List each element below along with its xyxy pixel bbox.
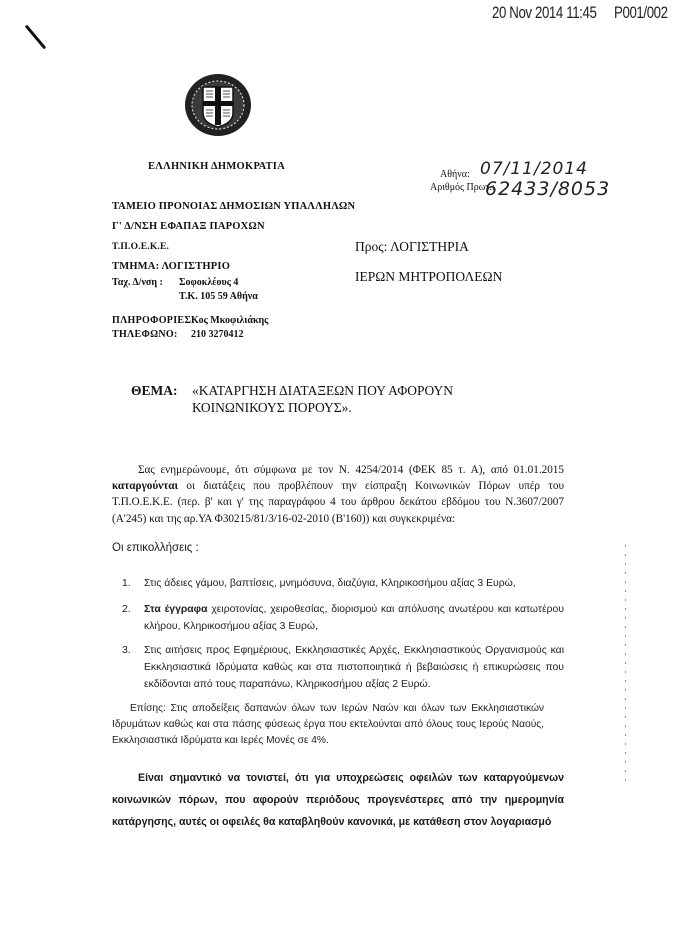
list-item: 1. Στις άδειες γάμου, βαπτίσεις, μνημόσυ… bbox=[144, 575, 564, 592]
info-label: ΠΛΗΡΟΦΟΡΙΕΣ: bbox=[112, 314, 191, 328]
phone-number: 210 3270412 bbox=[191, 329, 244, 340]
list-item: 3. Στις αιτήσεις προς Εφημέριους, Εκκλησ… bbox=[144, 642, 564, 693]
list-item-text: χειροτονίας, χειροθεσίας, διορισμού και … bbox=[144, 604, 564, 632]
para1-text-b: οι διατάξεις που προβλέπουν την είσπραξη… bbox=[112, 480, 564, 524]
list-item-number: 1. bbox=[122, 575, 131, 592]
handwritten-date: 07/11/2014 bbox=[480, 159, 588, 179]
subject-text: «ΚΑΤΑΡΓΗΣΗ ΔΙΑΤΑΞΕΩΝ ΠΟΥ ΑΦΟΡΟΥΝ ΚΟΙΝΩΝΙ… bbox=[192, 382, 522, 416]
sender-directorate: Γ' Δ/ΝΣΗ ΕΦΑΠΑΞ ΠΑΡΟΧΩΝ bbox=[112, 217, 355, 237]
phone-label: ΤΗΛΕΦΩΝΟ: bbox=[112, 328, 191, 342]
greek-coat-of-arms-icon bbox=[183, 72, 253, 138]
body-paragraph-2: Επίσης: Στις αποδείξεις δαπανών όλων των… bbox=[112, 701, 544, 749]
body-paragraph-3: Είναι σημαντικό να τονιστεί, ότι για υπο… bbox=[112, 767, 564, 833]
scan-artifact-line bbox=[625, 545, 626, 785]
handwritten-protocol-number: 62433/8053 bbox=[485, 178, 610, 200]
info-contact-person: Κος Μκοφιλιάκης bbox=[191, 315, 268, 326]
republic-title: ΕΛΛΗΝΙΚΗ ΔΗΜΟΚΡΑΤΙΑ bbox=[148, 161, 285, 172]
sender-organization: ΤΑΜΕΙΟ ΠΡΟΝΟΙΑΣ ΔΗΜΟΣΙΩΝ ΥΠΑΛΛΗΛΩΝ bbox=[112, 197, 355, 217]
list-item-bold: Στα έγγραφα bbox=[144, 604, 208, 615]
sender-block: ΤΑΜΕΙΟ ΠΡΟΝΟΙΑΣ ΔΗΜΟΣΙΩΝ ΥΠΑΛΛΗΛΩΝ Γ' Δ/… bbox=[112, 197, 355, 277]
recipient-line-2: ΙΕΡΩΝ ΜΗΤΡΟΠΟΛΕΩΝ bbox=[355, 262, 502, 292]
list-item-number: 3. bbox=[122, 642, 131, 659]
address-label: Ταχ. Δ/νση : bbox=[112, 276, 179, 290]
recipient-line-1: Προς: ΛΟΓΙΣΤΗΡΙΑ bbox=[355, 232, 502, 262]
address-postcode-city: Τ.Κ. 105 59 Αθήνα bbox=[179, 291, 258, 302]
sender-department: ΤΜΗΜΑ: ΛΟΓΙΣΤΗΡΙΟ bbox=[112, 257, 355, 277]
para1-text-a: Σας ενημερώνουμε, ότι σύμφωνα με τον Ν. … bbox=[138, 464, 564, 476]
list-heading: Οι επικολλήσεις : bbox=[112, 542, 199, 554]
body-paragraph-1: Σας ενημερώνουμε, ότι σύμφωνα με τον Ν. … bbox=[112, 462, 564, 527]
address-street: Σοφοκλέους 4 bbox=[179, 277, 238, 288]
fax-timestamp: 20 Nov 2014 11:45 bbox=[492, 3, 596, 23]
list-item-text: Στις άδειες γάμου, βαπτίσεις, μνημόσυνα,… bbox=[144, 578, 516, 589]
contact-block: ΠΛΗΡΟΦΟΡΙΕΣ:Κος Μκοφιλιάκης ΤΗΛΕΦΩΝΟ:210… bbox=[112, 314, 268, 342]
pen-mark bbox=[25, 25, 47, 50]
list-item: 2. Στα έγγραφα χειροτονίας, χειροθεσίας,… bbox=[144, 601, 564, 635]
recipient-block: Προς: ΛΟΓΙΣΤΗΡΙΑ ΙΕΡΩΝ ΜΗΤΡΟΠΟΛΕΩΝ bbox=[355, 232, 502, 292]
subject-line: ΘΕΜΑ: «ΚΑΤΑΡΓΗΣΗ ΔΙΑΤΑΞΕΩΝ ΠΟΥ ΑΦΟΡΟΥΝ Κ… bbox=[131, 382, 511, 399]
list-item-number: 2. bbox=[122, 601, 131, 618]
address-block: Ταχ. Δ/νση :Σοφοκλέους 4 Τ.Κ. 105 59 Αθή… bbox=[112, 276, 258, 304]
sender-acronym: Τ.Π.Ο.Ε.Κ.Ε. bbox=[112, 237, 355, 257]
subject-label: ΘΕΜΑ: bbox=[131, 383, 178, 398]
fax-page-number: P001/002 bbox=[614, 3, 668, 23]
para1-bold: καταργούνται bbox=[112, 480, 178, 492]
list-item-text: Στις αιτήσεις προς Εφημέριους, Εκκλησιασ… bbox=[144, 645, 564, 690]
